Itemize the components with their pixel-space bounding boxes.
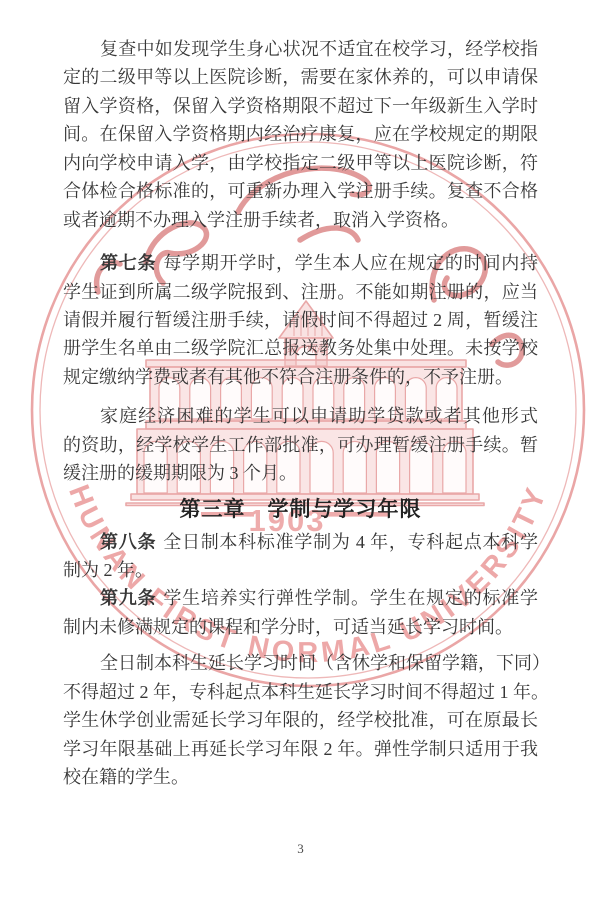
text-line: 第九条学生培养实行弹性学制。学生在规定的标准学 [63, 584, 538, 612]
clause-number: 第八条 [100, 532, 156, 552]
text-line: 学习年限基础上再延长学习年限 2 年。弹性学制只适用于我 [63, 735, 538, 763]
text-line: 第七条每学期开学时，学生本人应在规定的时间内持 [63, 249, 538, 277]
chapter-heading: 第三章 学制与学习年限 [63, 494, 538, 526]
text-line: 内向学校申请入学，由学校指定二级甲等以上医院诊断，符 [63, 149, 538, 177]
text-line: 复查中如发现学生身心状况不适宜在校学习，经学校指 [63, 35, 538, 63]
text-line: 校在籍的学生。 [63, 763, 538, 791]
text-line: 家庭经济困难的学生可以申请助学贷款或者其他形式 [63, 402, 538, 430]
text-line: 留入学资格，保留入学资格期限不超过下一年级新生入学时 [63, 92, 538, 120]
text-line: 制内未修满规定的课程和学分时，可适当延长学习时间。 [63, 613, 538, 641]
text-line: 学生休学创业需延长学习年限的，经学校批准，可在原最长 [63, 706, 538, 734]
text-line: 的资助，经学校学生工作部批准，可办理暂缓注册手续。暂 [63, 431, 538, 459]
text-line: 不得超过 2 年，专科起点本科生延长学习时间不得超过 1 年。 [63, 678, 538, 706]
text-line: 定的二级甲等以上医院诊断，需要在家休养的，可以申请保 [63, 63, 538, 91]
text-line: 全日制本科生延长学习时间（含休学和保留学籍，下同） [63, 649, 538, 677]
clause-number: 第九条 [100, 588, 156, 608]
text-line: 制为 2 年。 [63, 556, 538, 584]
text-line: 学生证到所属二级学院报到、注册。不能如期注册的，应当 [63, 278, 538, 306]
text-line: 请假并履行暂缓注册手续，请假时间不得超过 2 周，暂缓注 [63, 306, 538, 334]
text-line: 缓注册的缓期期限为 3 个月。 [63, 459, 538, 487]
page-number: 3 [0, 841, 601, 857]
text-line: 第八条全日制本科标准学制为 4 年，专科起点本科学 [63, 528, 538, 556]
text-line: 册学生名单由二级学院汇总报送教务处集中处理。未按学校 [63, 334, 538, 362]
text-line: 或者逾期不办理入学注册手续者，取消入学资格。 [63, 206, 538, 234]
text-line: 规定缴纳学费或者有其他不符合注册条件的，不予注册。 [63, 363, 538, 391]
text-line: 合体检合格标准的，可重新办理入学注册手续。复查不合格 [63, 177, 538, 205]
text-line: 间。在保留入学资格期内经治疗康复，应在学校规定的期限 [63, 120, 538, 148]
clause-number: 第七条 [100, 253, 156, 273]
document-text: 复查中如发现学生身心状况不适宜在校学习，经学校指定的二级甲等以上医院诊断，需要在… [63, 35, 538, 792]
